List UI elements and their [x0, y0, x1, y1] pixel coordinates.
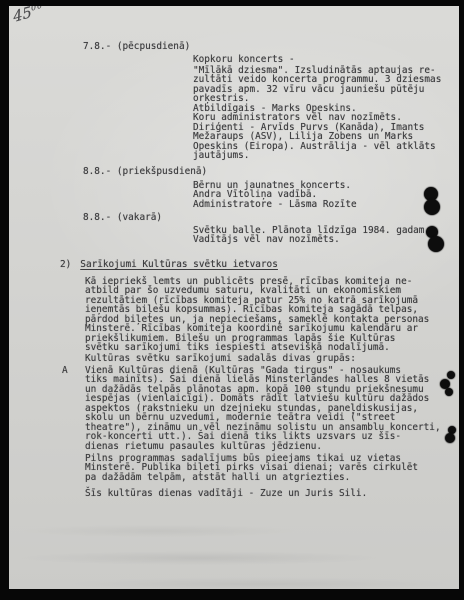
schedule-time-3: 8.8.- (vakarā)	[83, 213, 162, 222]
section-2-closing-line: Šīs kultūras dienas vadītāji - Zuze un J…	[85, 489, 367, 498]
section-2-paragraph-1: Kā iepriekš lemts un publicēts presē, rī…	[85, 277, 429, 353]
schedule-time-1: 7.8.- (pēcpusdienā)	[83, 42, 190, 51]
section-2-intro-line: Kultūras svētku sarīkojumi sadalās divas…	[85, 354, 356, 363]
scan-edge-bottom	[0, 589, 464, 600]
schedule-entry-title-1: Kopkoru koncerts -	[193, 55, 295, 64]
section-2-number: 2)	[60, 260, 71, 269]
group-a-marker: A	[62, 366, 68, 375]
scan-edge-right	[459, 0, 464, 600]
scanned-document-page: 4500 7.8.- (pēcpusdienā) Kopkoru koncert…	[0, 0, 464, 600]
section-2-heading: 2) Sarīkojumi Kultūras svētku ietvaros	[60, 260, 278, 269]
scan-edge-left	[0, 0, 9, 600]
schedule-entry-body-1: "Mīļākā dziesma". Izsludinātās aptaujas …	[193, 66, 441, 161]
ink-dot	[428, 236, 444, 252]
ink-dot	[445, 433, 455, 443]
ink-dot	[445, 388, 453, 396]
section-2-title: Sarīkojumi Kultūras svētku ietvaros	[80, 260, 278, 269]
group-a-paragraph: Vienā Kultūras dienā (Kultūras "Gada tir…	[85, 366, 441, 451]
ink-dot	[424, 199, 440, 215]
section-2-paragraph-2: Pilns programmas sadalījums būs pieejams…	[85, 454, 418, 482]
ink-dot	[447, 371, 455, 379]
schedule-entry-body-3: Svētku balle. Plānota līdzīga 1984. gada…	[193, 226, 430, 245]
schedule-entry-body-2: Bērnu un jaunatnes koncerts. Andra Vītol…	[193, 181, 357, 209]
scan-edge-top	[0, 0, 464, 6]
schedule-time-2: 8.8.- (priekšpusdienā)	[83, 167, 207, 176]
